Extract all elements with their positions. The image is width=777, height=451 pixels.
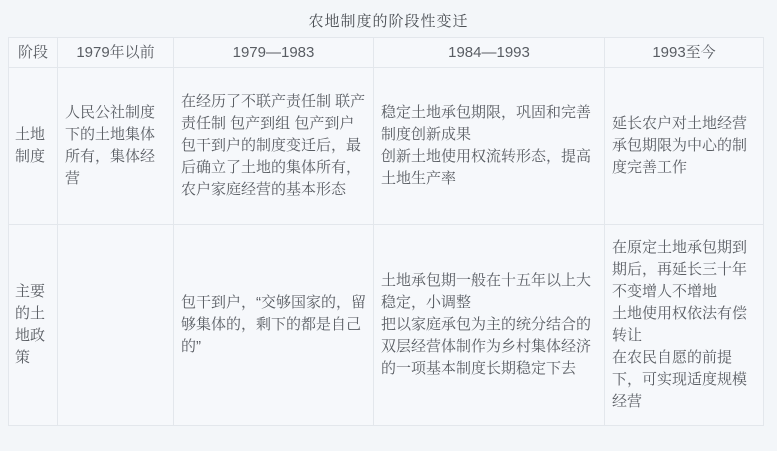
cell-land-system-1993-now: 延长农户对土地经营承包期限为中心的制度完善工作 (605, 68, 764, 225)
cell-policies-before-1979 (58, 225, 174, 426)
cell-land-system-1984-1993: 稳定土地承包期限，巩固和完善制度创新成果 创新土地使用权流转形态，提高土地生产率 (374, 68, 605, 225)
row-header-main-policies: 主要的土地政策 (9, 225, 58, 426)
column-header-1993-now: 1993至今 (605, 38, 764, 68)
farmland-system-table: 阶段 1979年以前 1979—1983 1984—1993 1993至今 土地… (8, 37, 764, 426)
page-title: 农地制度的阶段性变迁 (0, 0, 777, 37)
column-header-before-1979: 1979年以前 (58, 38, 174, 68)
table-row-land-system: 土地制度 人民公社制度下的土地集体所有，集体经营 在经历了不联产责任制 联产责任… (9, 68, 764, 225)
page: 农地制度的阶段性变迁 阶段 1979年以前 1979—1983 1984—199… (0, 0, 777, 451)
cell-policies-1979-1983: 包干到户，“交够国家的，留够集体的，剩下的都是自己的” (174, 225, 374, 426)
column-header-1984-1993: 1984—1993 (374, 38, 605, 68)
cell-land-system-1979-1983: 在经历了不联产责任制 联产责任制 包产到组 包产到户 包干到户的制度变迁后，最后… (174, 68, 374, 225)
cell-land-system-before-1979: 人民公社制度下的土地集体所有，集体经营 (58, 68, 174, 225)
row-header-land-system: 土地制度 (9, 68, 58, 225)
header-row: 阶段 1979年以前 1979—1983 1984—1993 1993至今 (9, 38, 764, 68)
column-header-stage: 阶段 (9, 38, 58, 68)
cell-policies-1984-1993: 土地承包期一般在十五年以上大稳定，小调整 把以家庭承包为主的统分结合的双层经营体… (374, 225, 605, 426)
column-header-1979-1983: 1979—1983 (174, 38, 374, 68)
table-row-main-policies: 主要的土地政策 包干到户，“交够国家的，留够集体的，剩下的都是自己的” 土地承包… (9, 225, 764, 426)
cell-policies-1993-now: 在原定土地承包期到期后，再延长三十年不变增人不增地 土地使用权依法有偿转让 在农… (605, 225, 764, 426)
